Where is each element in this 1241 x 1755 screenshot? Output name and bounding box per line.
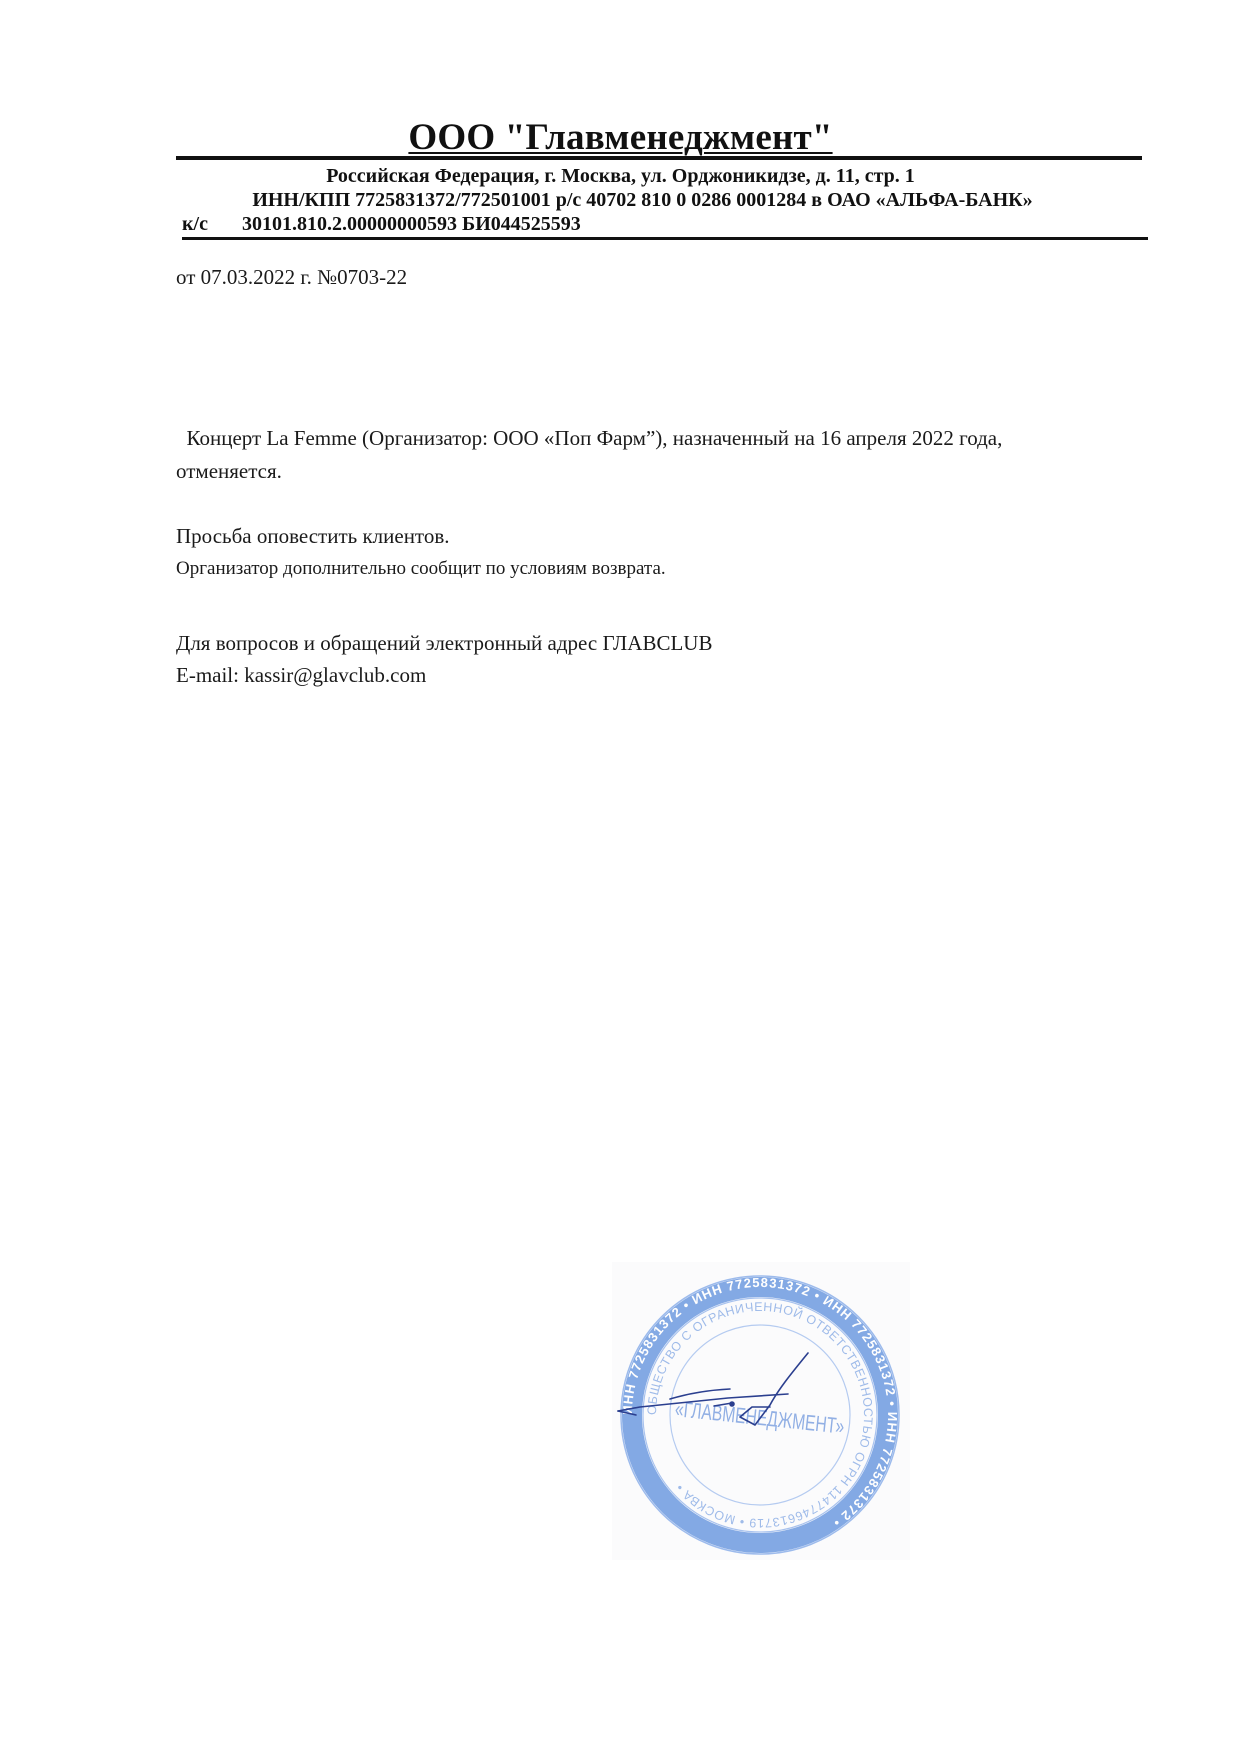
- ks-value: 30101.810.2.00000000593 БИ044525593: [242, 213, 581, 235]
- contact-line: Для вопросов и обращений электронный адр…: [176, 630, 712, 656]
- company-address: Российская Федерация, г. Москва, ул. Орд…: [0, 164, 1241, 188]
- company-seal-stamp: ИНН 7725831372 • ИНН 7725831372 • ИНН 77…: [610, 1265, 910, 1565]
- cancellation-notice-line2: отменяется.: [176, 458, 282, 484]
- cancellation-notice-line1: Концерт La Femme (Организатор: ООО «Поп …: [176, 425, 1002, 451]
- header-rule-top: [176, 156, 1142, 160]
- header-rule-bottom: [182, 237, 1148, 240]
- notify-clients-request: Просьба оповестить клиентов.: [176, 523, 450, 549]
- company-title: ООО "Главменеджмент": [0, 118, 1241, 158]
- company-requisites: ИНН/КПП 7725831372/772501001 р/с 40702 8…: [0, 188, 1241, 212]
- ks-label: к/с: [182, 213, 208, 235]
- company-name: ООО "Главменеджмент": [408, 117, 832, 158]
- correspondent-account: к/с30101.810.2.00000000593 БИ044525593: [182, 212, 581, 236]
- document-date-number: от 07.03.2022 г. №0703-22: [176, 264, 407, 290]
- email-line: E-mail: kassir@glavclub.com: [176, 662, 426, 688]
- refund-note: Организатор дополнительно сообщит по усл…: [176, 556, 666, 582]
